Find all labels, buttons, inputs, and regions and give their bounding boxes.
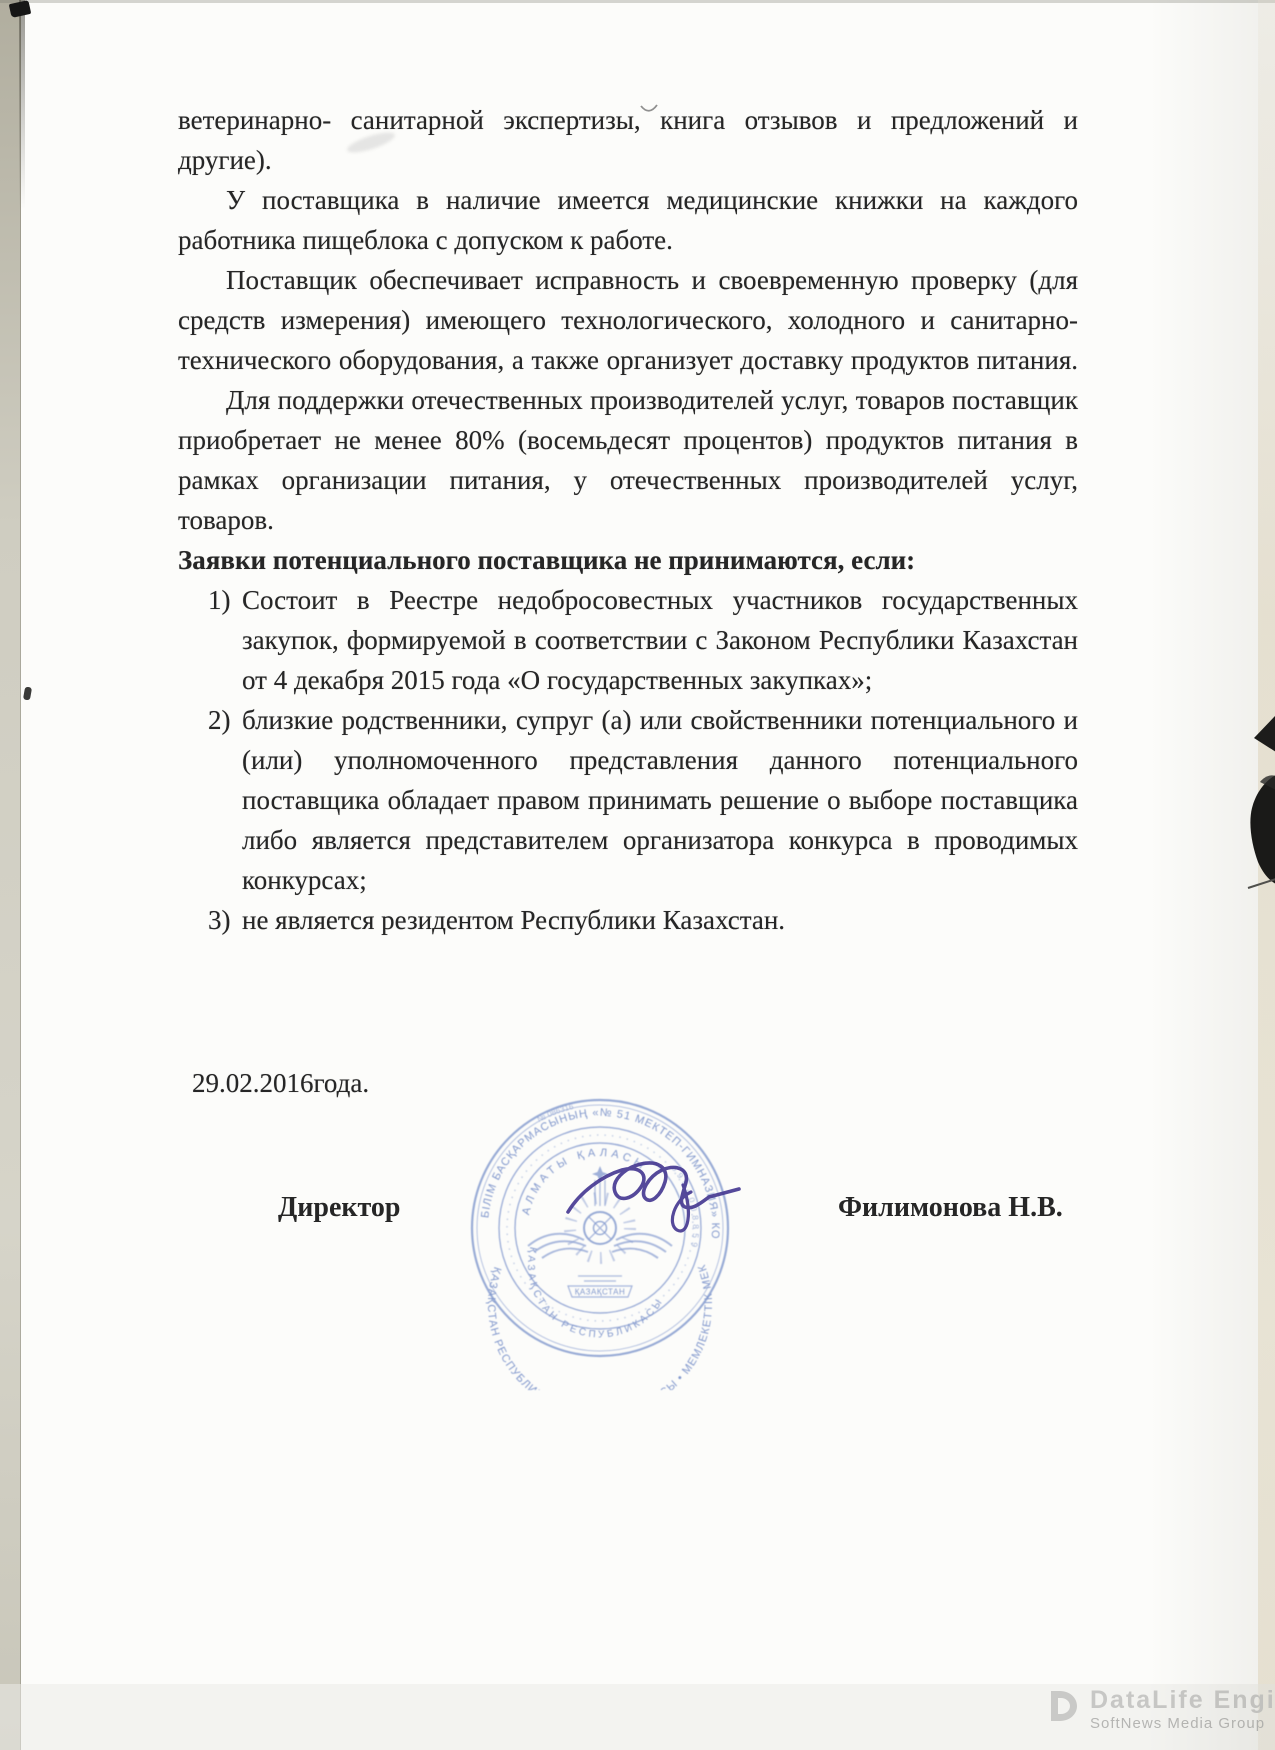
paragraph-1: ветеринарно- санитарной экспертизы, книг… [178, 100, 1078, 180]
text-line: рамках организации питания, у отечествен… [178, 460, 1078, 500]
list-marker-spacer [208, 620, 242, 660]
text-line: другие). [178, 140, 1078, 180]
signer-name: Филимонова Н.В. [838, 1192, 1063, 1224]
text-line: поставщика обладает правом принимать реш… [242, 780, 1078, 820]
text-line: либо является представителем организатор… [242, 820, 1078, 860]
text-line: ветеринарно- санитарной экспертизы, книг… [178, 100, 1078, 140]
text-line: (или) уполномоченного представления данн… [242, 740, 1078, 780]
scanner-top-edge-line [0, 0, 1275, 3]
list-marker-spacer [208, 820, 242, 860]
text-line: от 4 декабря 2015 года «О государственны… [242, 660, 1078, 700]
list-item-3: 3) не является резидентом Республики Каз… [178, 900, 1078, 940]
scan-corner-mark [9, 0, 31, 18]
text-line: средств измерения) имеющего технологичес… [178, 300, 1078, 340]
document-body: ветеринарно- санитарной экспертизы, книг… [178, 100, 1078, 940]
list-marker: 1) [208, 580, 242, 620]
page-edge-shadow [19, 0, 25, 210]
document-date: 29.02.2016года. [192, 1068, 369, 1099]
dle-drop-logo-icon [1046, 1688, 1082, 1724]
list-item-1: 1) Состоит в Реестре недобросовестных уч… [178, 580, 1078, 700]
text-line: товаров. [178, 500, 1078, 540]
list-marker-spacer [208, 780, 242, 820]
clause-heading: Заявки потенциального поставщика не прин… [178, 540, 1078, 580]
scanner-left-edge-strip [0, 0, 21, 1750]
watermark: DataLife Engine SoftNews Media Group [1046, 1688, 1275, 1731]
list-marker: 3) [208, 900, 242, 940]
text-line: работника пищеблока с допуском к работе. [178, 220, 1078, 260]
signer-role: Директор [278, 1192, 401, 1224]
list-marker-spacer [208, 860, 242, 900]
scan-black-blobs [1240, 630, 1275, 900]
watermark-subtitle: SoftNews Media Group [1090, 1716, 1275, 1731]
scanned-document-page: ветеринарно- санитарной экспертизы, книг… [0, 0, 1275, 1750]
paragraph-4: Для поддержки отечественных производител… [178, 380, 1078, 540]
scan-speck [23, 686, 32, 700]
paragraph-3: Поставщик обеспечивает исправность и сво… [178, 260, 1078, 380]
text-line: технического оборудования, а также орган… [178, 340, 1078, 380]
director-signature [450, 1080, 780, 1390]
list-marker-spacer [208, 740, 242, 780]
watermark-brand: DataLife Engine [1090, 1688, 1275, 1713]
text-line: не является резидентом Республики Казахс… [242, 900, 1078, 940]
list-marker-spacer [208, 660, 242, 700]
text-line: У поставщика в наличие имеется медицинск… [178, 180, 1078, 220]
text-line: закупок, формируемой в соответствии с За… [242, 620, 1078, 660]
text-line: Для поддержки отечественных производител… [178, 380, 1078, 420]
text-line: Состоит в Реестре недобросовестных участ… [242, 580, 1078, 620]
list-marker: 2) [208, 700, 242, 740]
paragraph-2: У поставщика в наличие имеется медицинск… [178, 180, 1078, 260]
text-line: конкурсах; [242, 860, 1078, 900]
text-line: близкие родственники, супруг (а) или сво… [242, 700, 1078, 740]
text-line: Поставщик обеспечивает исправность и сво… [178, 260, 1078, 300]
text-line: приобретает не менее 80% (восемьдесят пр… [178, 420, 1078, 460]
list-item-2: 2) близкие родственники, супруг (а) или … [178, 700, 1078, 900]
